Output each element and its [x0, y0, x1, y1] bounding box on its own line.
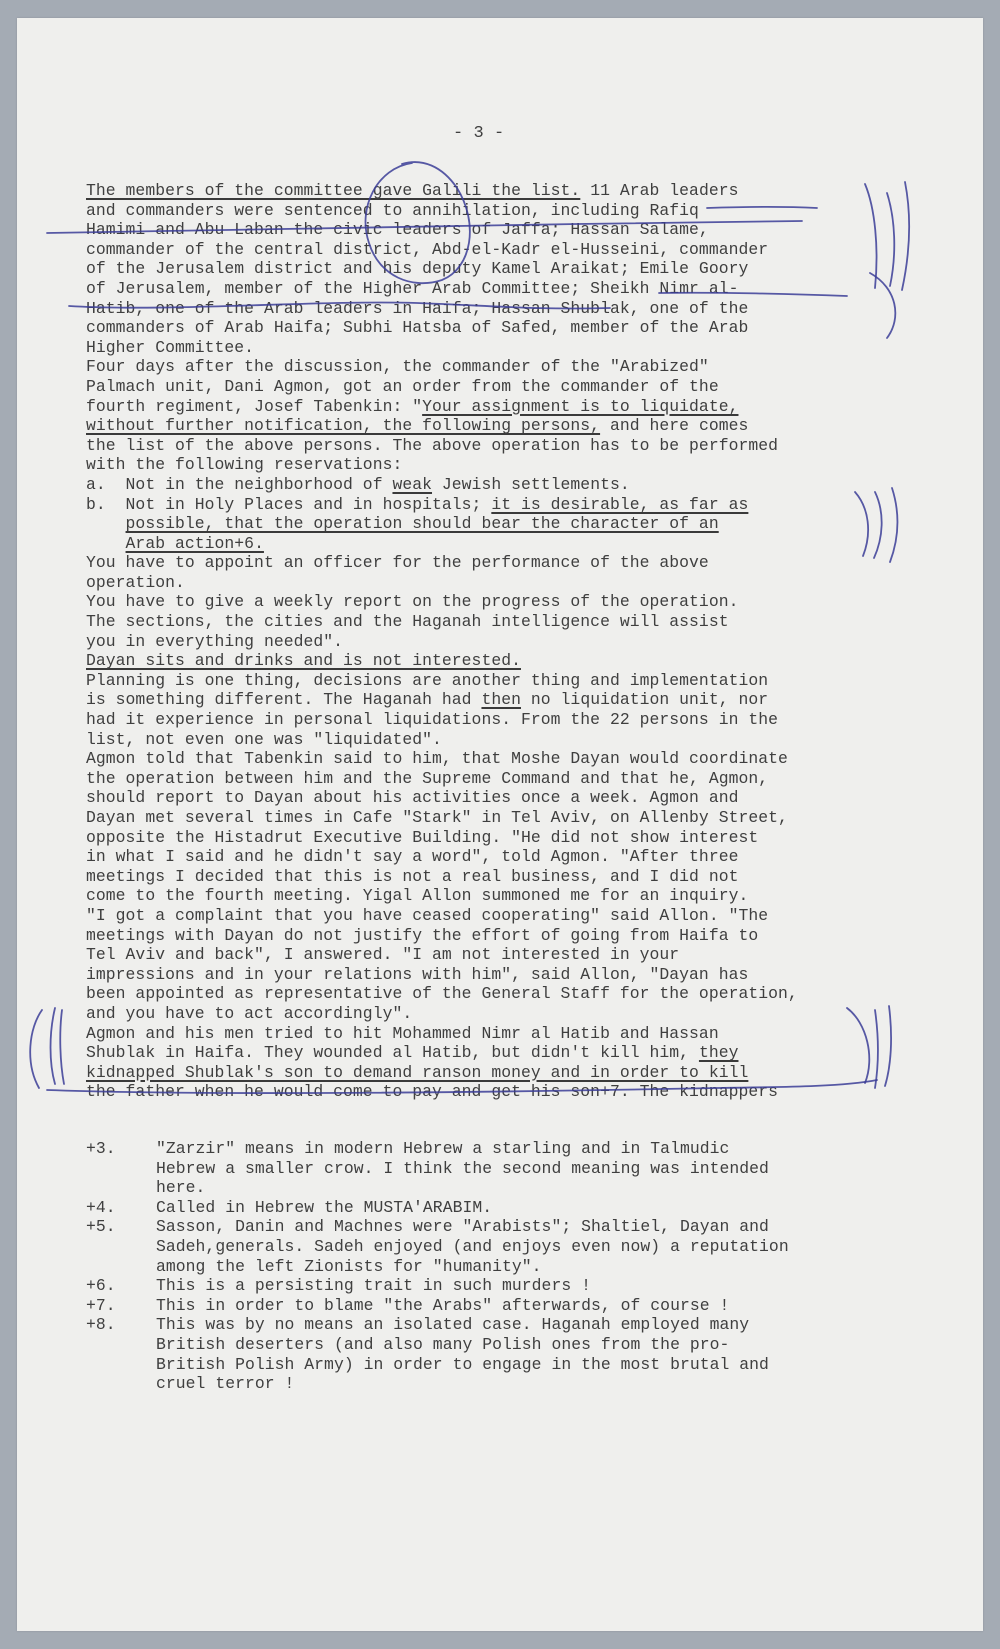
footnote-line: +8.This was by no means an isolated case…: [86, 1315, 789, 1335]
text-segment: no liquidation unit, nor: [521, 690, 768, 709]
text-line: should report to Dayan about his activit…: [86, 788, 798, 808]
footnote-line: here.: [86, 1178, 789, 1198]
text-line: impressions and in your relations with h…: [86, 965, 798, 985]
text-line: Agmon and his men tried to hit Mohammed …: [86, 1024, 798, 1044]
footnote-number: +5.: [86, 1217, 156, 1237]
underlined-text: then: [481, 690, 521, 709]
text-segment: and here comes: [600, 416, 748, 435]
footnote-line: British Polish Army) in order to engage …: [86, 1355, 789, 1375]
footnote-text: Called in Hebrew the MUSTA'ARABIM.: [156, 1198, 492, 1217]
text-segment: Higher Committee.: [86, 338, 254, 357]
text-line: been appointed as representative of the …: [86, 984, 798, 1004]
text-segment: b. Not in Holy Places and in hospitals;: [86, 495, 491, 514]
footnote-line: +7.This in order to blame "the Arabs" af…: [86, 1296, 789, 1316]
text-segment: in what I said and he didn't say a word"…: [86, 847, 738, 866]
text-line: commander of the central district, Abd-e…: [86, 240, 798, 260]
footnote-text: This is a persisting trait in such murde…: [156, 1276, 591, 1295]
underlined-text: The members of the committee gave Galili…: [86, 181, 580, 200]
text-segment: [86, 534, 126, 553]
underlined-text: Your assignment is to liquidate,: [422, 397, 738, 416]
ink-margin-lines-5: [874, 492, 882, 558]
text-line: the father when he would come to pay and…: [86, 1082, 798, 1102]
body-text: The members of the committee gave Galili…: [86, 181, 798, 1102]
text-segment: Four days after the discussion, the comm…: [86, 357, 709, 376]
footnote-line: cruel terror !: [86, 1374, 789, 1394]
text-segment: commanders of Arab Haifa; Subhi Hatsba o…: [86, 318, 748, 337]
footnote-line: +4.Called in Hebrew the MUSTA'ARABIM.: [86, 1198, 789, 1218]
text-segment: a. Not in the neighborhood of: [86, 475, 392, 494]
footnote-text: cruel terror !: [156, 1374, 294, 1393]
footnotes: +3."Zarzir" means in modern Hebrew a sta…: [86, 1139, 789, 1394]
text-line: Planning is one thing, decisions are ano…: [86, 671, 798, 691]
text-line: of Jerusalem, member of the Higher Arab …: [86, 279, 798, 299]
text-segment: operation.: [86, 573, 185, 592]
text-line: list, not even one was "liquidated".: [86, 730, 798, 750]
text-line: you in everything needed".: [86, 632, 798, 652]
underlined-text: weak: [392, 475, 432, 494]
text-line: a. Not in the neighborhood of weak Jewis…: [86, 475, 798, 495]
text-segment: of Jerusalem, member of the Higher Arab …: [86, 279, 738, 298]
text-line: Shublak in Haifa. They wounded al Hatib,…: [86, 1043, 798, 1063]
text-segment: 11 Arab leaders: [580, 181, 738, 200]
text-segment: The sections, the cities and the Haganah…: [86, 612, 729, 631]
ink-right-bracket-3: [885, 1006, 891, 1086]
footnote-text: among the left Zionists for "humanity".: [156, 1257, 542, 1276]
footnote-number: +7.: [86, 1296, 156, 1316]
text-segment: been appointed as representative of the …: [86, 984, 798, 1003]
text-line: with the following reservations:: [86, 455, 798, 475]
underlined-text: without further notification, the follow…: [86, 416, 600, 435]
footnote-line: +3."Zarzir" means in modern Hebrew a sta…: [86, 1139, 789, 1159]
text-segment: is something different. The Haganah had: [86, 690, 481, 709]
text-line: kidnapped Shublak's son to demand ranson…: [86, 1063, 798, 1083]
text-segment: the list of the above persons. The above…: [86, 436, 778, 455]
text-line: and you have to act accordingly".: [86, 1004, 798, 1024]
text-line: Tel Aviv and back", I answered. "I am no…: [86, 945, 798, 965]
underlined-text: kidnapped Shublak's son to demand ranson…: [86, 1063, 748, 1082]
text-line: The sections, the cities and the Haganah…: [86, 612, 798, 632]
footnote-line: British deserters (and also many Polish …: [86, 1335, 789, 1355]
text-segment: of the Jerusalem district and his deputy…: [86, 259, 748, 278]
footnote-line: Hebrew a smaller crow. I think the secon…: [86, 1159, 789, 1179]
text-segment: the operation between him and the Suprem…: [86, 769, 768, 788]
footnote-text: Sadeh,generals. Sadeh enjoyed (and enjoy…: [156, 1237, 789, 1256]
underlined-text: they: [699, 1043, 739, 1062]
footnote-number: +3.: [86, 1139, 156, 1159]
text-segment: Tel Aviv and back", I answered. "I am no…: [86, 945, 679, 964]
footnote: +8.This was by no means an isolated case…: [86, 1315, 789, 1393]
ink-right-bracket-1: [847, 1008, 869, 1083]
text-line: Hatib, one of the Arab leaders in Haifa;…: [86, 299, 798, 319]
text-line: You have to give a weekly report on the …: [86, 592, 798, 612]
text-segment: had it experience in personal liquidatio…: [86, 710, 778, 729]
text-line: Four days after the discussion, the comm…: [86, 357, 798, 377]
text-segment: Hatib, one of the Arab leaders in Haifa;…: [86, 299, 748, 318]
ink-margin-lines-3: [902, 182, 909, 290]
text-line: opposite the Histadrut Executive Buildin…: [86, 828, 798, 848]
text-line: operation.: [86, 573, 798, 593]
text-line: Palmach unit, Dani Agmon, got an order f…: [86, 377, 798, 397]
underlined-text: Arab action+6.: [126, 534, 264, 553]
text-line: Dayan met several times in Cafe "Stark" …: [86, 808, 798, 828]
text-segment: commander of the central district, Abd-e…: [86, 240, 768, 259]
ink-left-bracket-1: [30, 1010, 42, 1088]
footnote: +5.Sasson, Danin and Machnes were "Arabi…: [86, 1217, 789, 1276]
text-segment: meetings I decided that this is not a re…: [86, 867, 738, 886]
text-segment: meetings with Dayan do not justify the e…: [86, 926, 758, 945]
text-segment: Agmon and his men tried to hit Mohammed …: [86, 1024, 719, 1043]
ink-right-bracket-2: [875, 1010, 878, 1088]
footnote-line: +5.Sasson, Danin and Machnes were "Arabi…: [86, 1217, 789, 1237]
ink-margin-lines-6: [890, 488, 897, 562]
text-line: is something different. The Haganah had …: [86, 690, 798, 710]
text-segment: Planning is one thing, decisions are ano…: [86, 671, 768, 690]
text-line: possible, that the operation should bear…: [86, 514, 798, 534]
text-segment: opposite the Histadrut Executive Buildin…: [86, 828, 758, 847]
footnote-number: +8.: [86, 1315, 156, 1335]
text-segment: list, not even one was "liquidated".: [86, 730, 442, 749]
footnote-text: This was by no means an isolated case. H…: [156, 1315, 749, 1334]
text-segment: impressions and in your relations with h…: [86, 965, 748, 984]
text-segment: "I got a complaint that you have ceased …: [86, 906, 768, 925]
underlined-text: Dayan sits and drinks and is not interes…: [86, 651, 521, 670]
text-line: without further notification, the follow…: [86, 416, 798, 436]
footnote-line: Sadeh,generals. Sadeh enjoyed (and enjoy…: [86, 1237, 789, 1257]
footnote-text: here.: [156, 1178, 205, 1197]
text-line: commanders of Arab Haifa; Subhi Hatsba o…: [86, 318, 798, 338]
ink-margin-bracket: [870, 273, 895, 338]
text-segment: Dayan met several times in Cafe "Stark" …: [86, 808, 788, 827]
footnote-text: British Polish Army) in order to engage …: [156, 1355, 769, 1374]
text-segment: the father when he would come to pay and…: [86, 1082, 778, 1101]
text-segment: [86, 514, 126, 533]
text-segment: Shublak in Haifa. They wounded al Hatib,…: [86, 1043, 699, 1062]
text-line: had it experience in personal liquidatio…: [86, 710, 798, 730]
text-line: meetings with Dayan do not justify the e…: [86, 926, 798, 946]
text-segment: and you have to act accordingly".: [86, 1004, 412, 1023]
footnote-text: This in order to blame "the Arabs" after…: [156, 1296, 729, 1315]
text-segment: with the following reservations:: [86, 455, 402, 474]
text-line: Higher Committee.: [86, 338, 798, 358]
text-segment: should report to Dayan about his activit…: [86, 788, 738, 807]
footnote-text: "Zarzir" means in modern Hebrew a starli…: [156, 1139, 729, 1158]
ink-left-bracket-2: [51, 1008, 56, 1084]
text-segment: you in everything needed".: [86, 632, 343, 651]
footnote-number: +4.: [86, 1198, 156, 1218]
page-number: - 3 -: [453, 124, 504, 144]
footnote-text: Sasson, Danin and Machnes were "Arabists…: [156, 1217, 769, 1236]
text-line: Dayan sits and drinks and is not interes…: [86, 651, 798, 671]
footnote-line: +6.This is a persisting trait in such mu…: [86, 1276, 789, 1296]
text-line: fourth regiment, Josef Tabenkin: "Your a…: [86, 397, 798, 417]
footnote: +3."Zarzir" means in modern Hebrew a sta…: [86, 1139, 789, 1198]
text-line: You have to appoint an officer for the p…: [86, 553, 798, 573]
document-page: - 3 - The members of the committee gave …: [17, 18, 983, 1631]
text-segment: fourth regiment, Josef Tabenkin: ": [86, 397, 422, 416]
footnote-number: +6.: [86, 1276, 156, 1296]
text-segment: Agmon told that Tabenkin said to him, th…: [86, 749, 788, 768]
text-segment: and commanders were sentenced to annihil…: [86, 201, 699, 220]
text-line: Arab action+6.: [86, 534, 798, 554]
footnote: +4.Called in Hebrew the MUSTA'ARABIM.: [86, 1198, 789, 1218]
text-segment: Hamimi and Abu Laban the civic leaders o…: [86, 220, 709, 239]
text-line: come to the fourth meeting. Yigal Allon …: [86, 886, 798, 906]
text-line: of the Jerusalem district and his deputy…: [86, 259, 798, 279]
footnote: +6.This is a persisting trait in such mu…: [86, 1276, 789, 1296]
ink-left-bracket-3: [60, 1010, 64, 1084]
text-line: meetings I decided that this is not a re…: [86, 867, 798, 887]
text-line: b. Not in Holy Places and in hospitals; …: [86, 495, 798, 515]
footnote-text: Hebrew a smaller crow. I think the secon…: [156, 1159, 769, 1178]
text-segment: You have to give a weekly report on the …: [86, 592, 738, 611]
text-line: The members of the committee gave Galili…: [86, 181, 798, 201]
text-segment: Jewish settlements.: [432, 475, 630, 494]
ink-margin-lines-2: [887, 193, 894, 286]
text-line: the operation between him and the Suprem…: [86, 769, 798, 789]
underlined-text: it is desirable, as far as: [491, 495, 748, 514]
text-segment: Palmach unit, Dani Agmon, got an order f…: [86, 377, 719, 396]
ink-margin-lines-1: [865, 184, 877, 288]
underlined-text: possible, that the operation should bear…: [126, 514, 719, 533]
ink-margin-lines-4: [855, 492, 868, 556]
text-segment: come to the fourth meeting. Yigal Allon …: [86, 886, 748, 905]
footnote-text: British deserters (and also many Polish …: [156, 1335, 729, 1354]
text-line: and commanders were sentenced to annihil…: [86, 201, 798, 221]
footnote: +7.This in order to blame "the Arabs" af…: [86, 1296, 789, 1316]
footnote-line: among the left Zionists for "humanity".: [86, 1257, 789, 1277]
text-line: Hamimi and Abu Laban the civic leaders o…: [86, 220, 798, 240]
text-segment: You have to appoint an officer for the p…: [86, 553, 709, 572]
text-line: the list of the above persons. The above…: [86, 436, 798, 456]
text-line: in what I said and he didn't say a word"…: [86, 847, 798, 867]
text-line: "I got a complaint that you have ceased …: [86, 906, 798, 926]
text-line: Agmon told that Tabenkin said to him, th…: [86, 749, 798, 769]
